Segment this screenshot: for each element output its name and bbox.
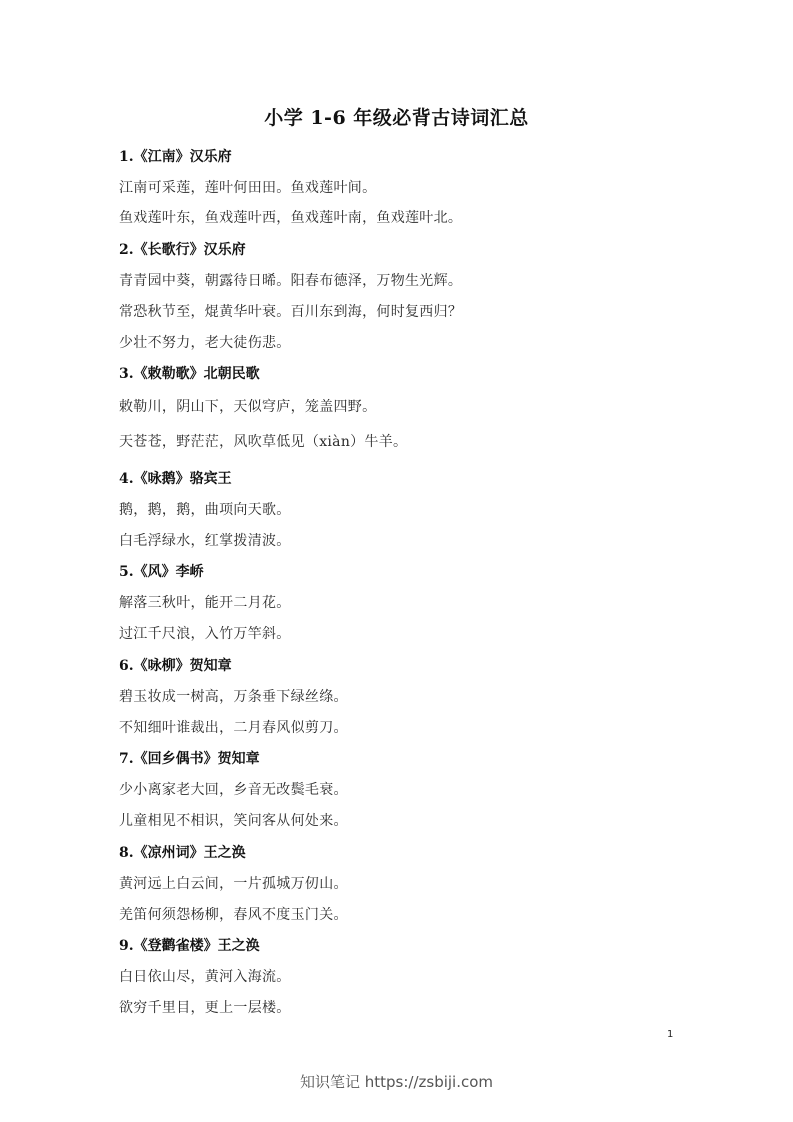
- poem-heading: 2.《长歌行》汉乐府: [119, 239, 246, 259]
- poem-heading: 9.《登鹳雀楼》王之涣: [119, 935, 260, 955]
- poem-line: 欲穷千里目，更上一层楼。: [119, 997, 291, 1017]
- poem-heading: 3.《敕勒歌》北朝民歌: [119, 363, 260, 383]
- poem-line: 少小离家老大回，乡音无改鬓毛衰。: [119, 779, 348, 799]
- poem-line: 江南可采莲，莲叶何田田。鱼戏莲叶间。: [119, 177, 376, 197]
- page-title: 小学 1-6 年级必背古诗词汇总: [0, 103, 793, 130]
- page-number: 1: [667, 1029, 673, 1040]
- poem-line: 敕勒川，阴山下，天似穹庐，笼盖四野。: [119, 396, 376, 416]
- poem-line: 白毛浮绿水，红掌拨清波。: [119, 530, 291, 550]
- poem-line: 羌笛何须怨杨柳，春风不度玉门关。: [119, 904, 348, 924]
- poem-heading: 8.《凉州词》王之涣: [119, 842, 246, 862]
- poem-heading: 4.《咏鹅》骆宾王: [119, 468, 232, 488]
- poem-line: 常恐秋节至，焜黄华叶衰。百川东到海，何时复西归？: [119, 301, 462, 321]
- poem-heading: 1.《江南》汉乐府: [119, 146, 232, 166]
- poem-line: 鹅，鹅，鹅，曲项向天歌。: [119, 499, 291, 519]
- poem-heading: 6.《咏柳》贺知章: [119, 655, 232, 675]
- poem-line: 解落三秋叶，能开二月花。: [119, 592, 291, 612]
- poem-heading: 5.《风》李峤: [119, 561, 204, 581]
- watermark: 知识笔记 https://zsbiji.com: [0, 1071, 793, 1092]
- poem-line: 过江千尺浪，入竹万竿斜。: [119, 623, 291, 643]
- poem-line: 碧玉妆成一树高，万条垂下绿丝绦。: [119, 686, 348, 706]
- poem-line: 儿童相见不相识，笑问客从何处来。: [119, 810, 348, 830]
- poem-line: 黄河远上白云间，一片孤城万仞山。: [119, 873, 348, 893]
- poem-line: 天苍苍，野茫茫，风吹草低见（xiàn）牛羊。: [119, 431, 407, 451]
- poem-line: 少壮不努力，老大徒伤悲。: [119, 332, 291, 352]
- poem-line: 青青园中葵，朝露待日晞。阳春布德泽，万物生光辉。: [119, 270, 462, 290]
- poem-heading: 7.《回乡偶书》贺知章: [119, 748, 260, 768]
- poem-line: 白日依山尽，黄河入海流。: [119, 966, 291, 986]
- poem-line: 不知细叶谁裁出，二月春风似剪刀。: [119, 717, 348, 737]
- poem-line: 鱼戏莲叶东，鱼戏莲叶西，鱼戏莲叶南，鱼戏莲叶北。: [119, 207, 462, 227]
